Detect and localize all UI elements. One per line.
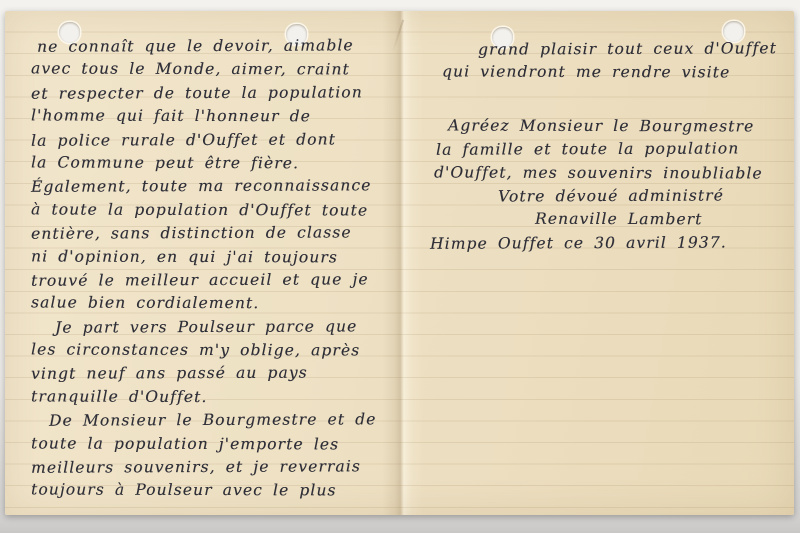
handwritten-line: Également, toute ma reconnaissance — [31, 175, 394, 200]
letter-page-left: ne connaît que le devoir, aimable avec t… — [5, 11, 400, 515]
handwritten-line: la police rurale d'Ouffet et dont — [31, 128, 394, 153]
handwritten-line: d'Ouffet, mes souvenirs inoubliable — [430, 161, 790, 186]
handwritten-line: la Commune peut être fière. — [31, 151, 394, 176]
handwritten-line: toujours à Poulseur avec le plus — [31, 479, 394, 504]
handwritten-line: avec tous le Monde, aimer, craint — [31, 58, 394, 83]
handwritten-line: toute la population j'emporte les — [31, 432, 394, 457]
letter-page-right: grand plaisir tout ceux d'Ouffet qui vie… — [410, 11, 794, 515]
handwritten-line: à toute la population d'Ouffet toute — [31, 198, 394, 223]
date-line: Himpe Ouffet ce 30 avril 1937. — [430, 231, 790, 256]
handwritten-line: Agréez Monsieur le Bourgmestre — [430, 114, 790, 139]
handwritten-line: grand plaisir tout ceux d'Ouffet — [430, 37, 790, 62]
handwritten-line: la famille et toute la population — [430, 137, 790, 162]
signature-line: Renaville Lambert — [430, 208, 790, 233]
handwritten-line: Je part vers Poulseur parce que — [31, 315, 394, 340]
handwritten-line: entière, sans distinction de classe — [31, 221, 394, 246]
handwritten-line: trouvé le meilleur accueil et que je — [31, 268, 394, 293]
closing-line: Votre dévoué administré — [430, 184, 790, 209]
handwritten-line: les circonstances m'y oblige, après — [31, 339, 394, 364]
handwritten-line: qui viendront me rendre visite — [430, 61, 790, 86]
handwritten-line: l'homme qui fait l'honneur de — [31, 105, 394, 130]
handwritten-line: ni d'opinion, en qui j'ai toujours — [31, 245, 394, 270]
handwritten-line: vingt neuf ans passé au pays — [31, 362, 394, 387]
letter-photo: ne connaît que le devoir, aimable avec t… — [0, 0, 800, 533]
handwritten-line: tranquille d'Ouffet. — [31, 385, 394, 410]
handwritten-line: salue bien cordialement. — [31, 292, 394, 317]
handwritten-line: et respecter de toute la population — [31, 81, 394, 106]
handwritten-line: De Monsieur le Bourgmestre et de — [31, 408, 394, 433]
handwritten-line: ne connaît que le devoir, aimable — [31, 34, 394, 59]
paragraph-gap — [430, 85, 790, 115]
handwritten-line: meilleurs souvenirs, et je reverrais — [31, 455, 394, 480]
